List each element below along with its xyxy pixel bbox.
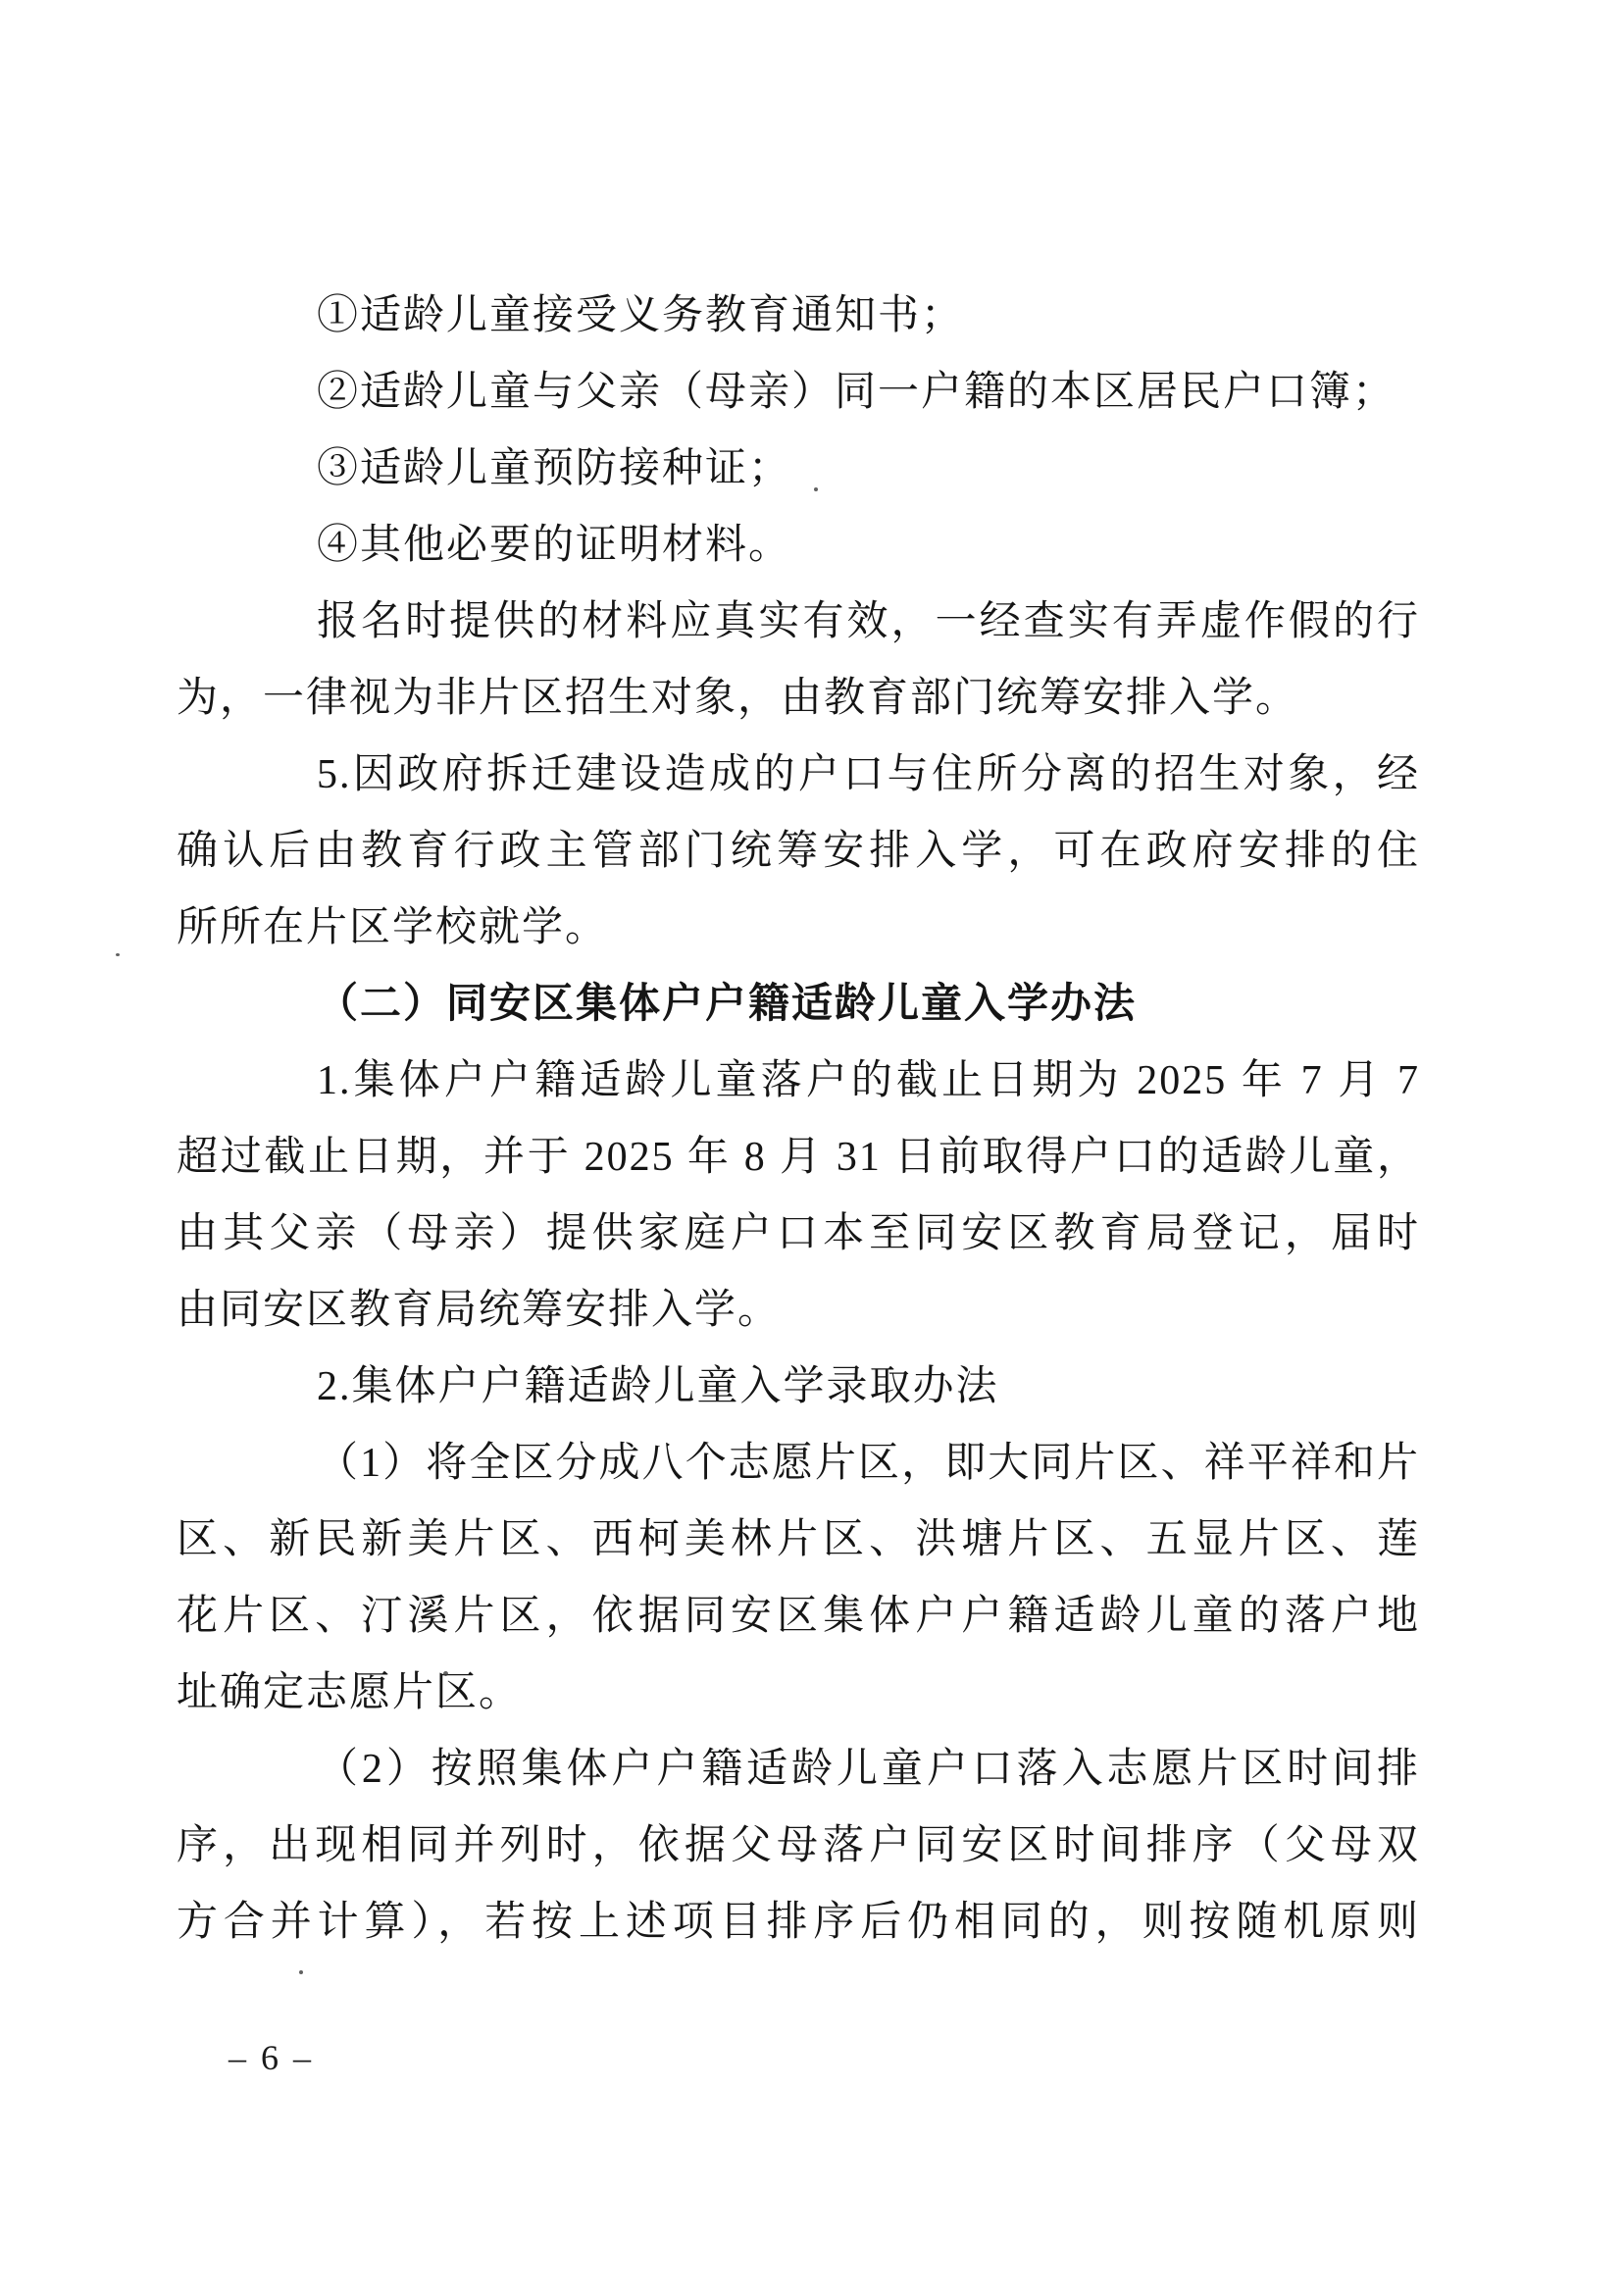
scan-speck: [814, 487, 818, 491]
document-body: ①适龄儿童接受义务教育通知书； ②适龄儿童与父亲（母亲）同一户籍的本区居民户口簿…: [177, 278, 1420, 1961]
para-districts-line-1: （1）将全区分成八个志愿片区，即大同片区、祥平祥和片: [177, 1425, 1420, 1502]
para-relocation-line-3: 所所在片区学校就学。: [177, 890, 1420, 966]
para-deadline-line-2: 超过截止日期，并于 2025 年 8 月 31 日前取得户口的适龄儿童，: [177, 1119, 1420, 1196]
circled-item-1: ①适龄儿童接受义务教育通知书；: [177, 278, 1420, 354]
section-heading-collective-hukou: （二）同安区集体户户籍适龄儿童入学办法: [177, 966, 1420, 1043]
para-districts-line-4: 址确定志愿片区。: [177, 1655, 1420, 1731]
para-relocation-line-2: 确认后由教育行政主管部门统筹安排入学，可在政府安排的住: [177, 813, 1420, 890]
para-ordering-line-1: （2）按照集体户户籍适龄儿童户口落入志愿片区时间排: [177, 1731, 1420, 1808]
document-page: ①适龄儿童接受义务教育通知书； ②适龄儿童与父亲（母亲）同一户籍的本区居民户口簿…: [0, 0, 1624, 2293]
page-number: – 6 –: [228, 2034, 314, 2081]
para-deadline-line-3: 由其父亲（母亲）提供家庭户口本至同安区教育局登记，届时: [177, 1196, 1420, 1272]
para-deadline-line-4: 由同安区教育局统筹安排入学。: [177, 1272, 1420, 1349]
para-ordering-line-3: 方合并计算），若按上述项目排序后仍相同的，则按随机原则: [177, 1884, 1420, 1961]
para-authenticity-line-2: 为，一律视为非片区招生对象，由教育部门统筹安排入学。: [177, 660, 1420, 737]
para-relocation-line-1: 5.因政府拆迁建设造成的户口与住所分离的招生对象，经: [177, 737, 1420, 813]
para-districts-line-3: 花片区、汀溪片区，依据同安区集体户户籍适龄儿童的落户地: [177, 1578, 1420, 1655]
scan-speck: [443, 1671, 448, 1676]
para-deadline-line-1: 1.集体户户籍适龄儿童落户的截止日期为 2025 年 7 月 7 日。: [177, 1043, 1420, 1119]
circled-item-2: ②适龄儿童与父亲（母亲）同一户籍的本区居民户口簿；: [177, 354, 1420, 431]
para-authenticity-line-1: 报名时提供的材料应真实有效，一经查实有弄虚作假的行: [177, 584, 1420, 660]
scan-speck: [116, 953, 120, 956]
circled-item-4: ④其他必要的证明材料。: [177, 507, 1420, 584]
para-ordering-line-2: 序，出现相同并列时，依据父母落户同安区时间排序（父母双: [177, 1808, 1420, 1884]
subheading-admission-method: 2.集体户户籍适龄儿童入学录取办法: [177, 1349, 1420, 1425]
para-districts-line-2: 区、新民新美片区、西柯美林片区、洪塘片区、五显片区、莲: [177, 1502, 1420, 1578]
scan-speck: [299, 1970, 303, 1974]
circled-item-3: ③适龄儿童预防接种证；: [177, 431, 1420, 507]
